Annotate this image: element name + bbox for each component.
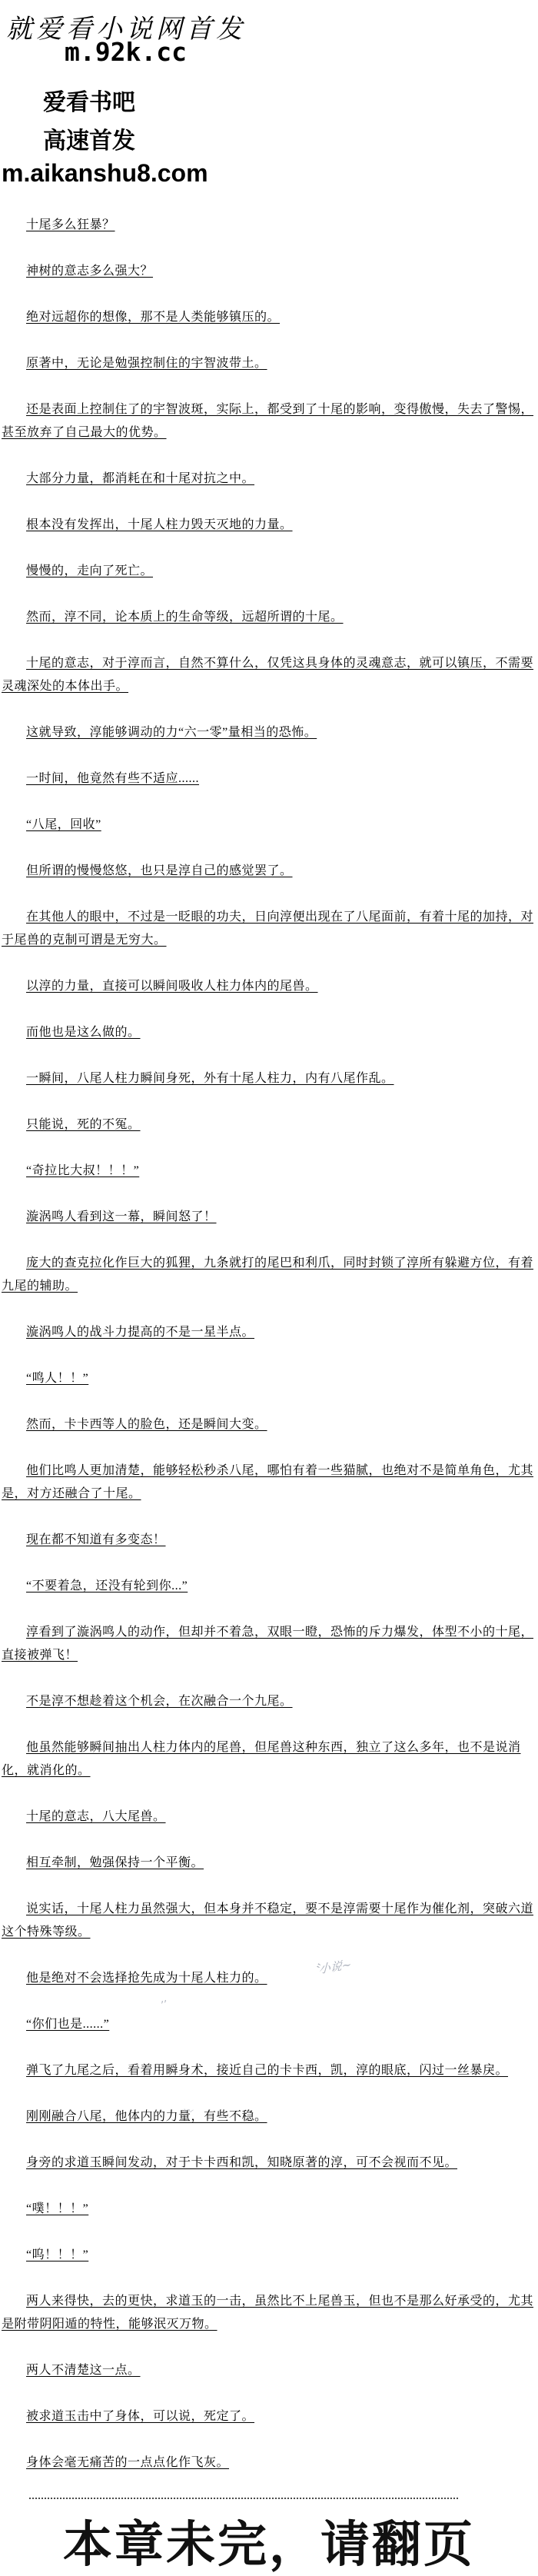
promo-site-name: 爱看书吧 — [43, 83, 135, 117]
novel-paragraph: 十尾多么狂暴？ — [2, 214, 535, 237]
novel-body: 十尾多么狂暴？神树的意志多么强大？绝对远超你的想像，那不是人类能够镇压的。原著中… — [0, 208, 538, 2474]
novel-paragraph: 弹飞了九尾之后，看着用瞬身术，接近自己的卡卡西，凯，淳的眼底，闪过一丝暴戾。 — [2, 2059, 535, 2082]
novel-paragraph: “噗！！！” — [2, 2198, 535, 2221]
novel-paragraph: 但所谓的慢慢悠悠，也只是淳自己的感觉罢了。 — [2, 860, 535, 883]
novel-paragraph: 相互牵制，勉强保持一个平衡。 — [2, 1852, 535, 1875]
novel-paragraph: 庞大的查克拉化作巨大的狐狸，九条就打的尾巴和利爪，同时封锁了淳所有躲避方位，有着… — [2, 1252, 535, 1298]
novel-paragraph: 原著中，无论是勉强控制住的宇智波带土。 — [2, 352, 535, 375]
novel-paragraph: “不要着急，还没有轮到你...” — [2, 1575, 535, 1598]
novel-paragraph: 而他也是这么做的。 — [2, 1021, 535, 1044]
novel-paragraph: 然而，卡卡西等人的脸色，还是瞬间大变。 — [2, 1413, 535, 1436]
novel-paragraph: 身旁的求道玉瞬间发动，对于卡卡西和凯，知晓原著的淳，可不会视而不见。 — [2, 2152, 535, 2175]
novel-paragraph: “奇拉比大叔！！！” — [2, 1160, 535, 1183]
promo-tagline: 高速首发 — [43, 121, 135, 155]
novel-paragraph: 十尾的意志，对于淳而言，自然不算什么，仅凭这具身体的灵魂意志，就可以镇压，不需要… — [2, 652, 535, 698]
novel-paragraph: “呜！！！” — [2, 2244, 535, 2267]
novel-paragraph: 一瞬间，八尾人柱力瞬间身死，外有十尾人柱力，内有八尾作乱。 — [2, 1067, 535, 1090]
novel-paragraph: 这就导致，淳能够调动的力“六一零”量相当的恐怖。 — [2, 721, 535, 744]
novel-paragraph: 十尾的意志，八大尾兽。 — [2, 1806, 535, 1829]
novel-paragraph: 刚刚融合八尾，他体内的力量，有些不稳。 — [2, 2105, 535, 2128]
novel-paragraph: 淳看到了漩涡鸣人的动作，但却并不着急，双眼一瞪，恐怖的斥力爆发，体型不小的十尾，… — [2, 1621, 535, 1667]
novel-paragraph: 一时间，他竟然有些不适应...... — [2, 767, 535, 790]
novel-paragraph: “鸣人！！” — [2, 1367, 535, 1390]
novel-paragraph: 慢慢的，走向了死亡。 — [2, 560, 535, 583]
novel-paragraph: 现在都不知道有多变态！ — [2, 1529, 535, 1552]
novel-paragraph: “你们也是......” — [2, 2013, 535, 2036]
novel-paragraph: 绝对远超你的想像，那不是人类能够镇压的。 — [2, 306, 535, 329]
novel-paragraph: 然而，淳不同，论本质上的生命等级，远超所谓的十尾。 — [2, 606, 535, 629]
page-turn-notice[interactable]: 本章未完，请翻页 — [0, 2505, 538, 2576]
novel-paragraph: 根本没有发挥出，十尾人柱力毁天灭地的力量。 — [2, 514, 535, 537]
novel-paragraph: 身体会毫无痛苦的一点点化作飞灰。 — [2, 2451, 535, 2474]
page-header: 就爱看小说网首发 m.92k.cc 爱看书吧 高速首发 m.aikanshu8.… — [0, 0, 538, 208]
novel-paragraph: 神树的意志多么强大？ — [2, 260, 535, 283]
novel-paragraph: 他虽然能够瞬间抽出人柱力体内的尾兽，但尾兽这种东西，独立了这么多年，也不是说消化… — [2, 1736, 535, 1782]
novel-paragraph: 漩涡鸣人看到这一幕，瞬间怒了！ — [2, 1206, 535, 1229]
novel-paragraph: 不是淳不想趁着这个机会，在次融合一个九尾。 — [2, 1690, 535, 1713]
novel-paragraph: 还是表面上控制住了的宇智波斑，实际上，都受到了十尾的影响，变得傲慢，失去了警惕，… — [2, 398, 535, 444]
site-url: m.92k.cc — [65, 37, 187, 67]
novel-paragraph: 两人来得快，去的更快，求道玉的一击，虽然比不上尾兽玉，但也不是那么好承受的，尤其… — [2, 2290, 535, 2336]
novel-paragraph: “八尾，回收” — [2, 814, 535, 837]
novel-paragraph: 他是绝对不会选择抢先成为十尾人柱力的。 — [2, 1967, 535, 1990]
novel-paragraph: 漩涡鸣人的战斗力提高的不是一星半点。 — [2, 1321, 535, 1344]
novel-paragraph: 他们比鸣人更加清楚，能够轻松秒杀八尾，哪怕有着一些猫腻，也绝对不是简单角色，尤其… — [2, 1459, 535, 1506]
dotted-divider — [29, 2498, 458, 2499]
novel-paragraph: 以淳的力量，直接可以瞬间吸收人柱力体内的尾兽。 — [2, 975, 535, 998]
promo-site-url: m.aikanshu8.com — [2, 159, 208, 188]
novel-paragraph: 说实话，十尾人柱力虽然强大，但本身并不稳定，要不是淳需要十尾作为催化剂，突破六道… — [2, 1898, 535, 1944]
novel-paragraph: 大部分力量，都消耗在和十尾对抗之中。 — [2, 468, 535, 491]
novel-paragraph: 只能说，死的不冤。 — [2, 1113, 535, 1137]
novel-paragraph: 两人不清楚这一点。 — [2, 2359, 535, 2382]
novel-paragraph: 被求道玉击中了身体，可以说，死定了。 — [2, 2405, 535, 2428]
novel-paragraph: 在其他人的眼中，不过是一眨眼的功夫，日向淳便出现在了八尾面前，有着十尾的加持，对… — [2, 906, 535, 952]
